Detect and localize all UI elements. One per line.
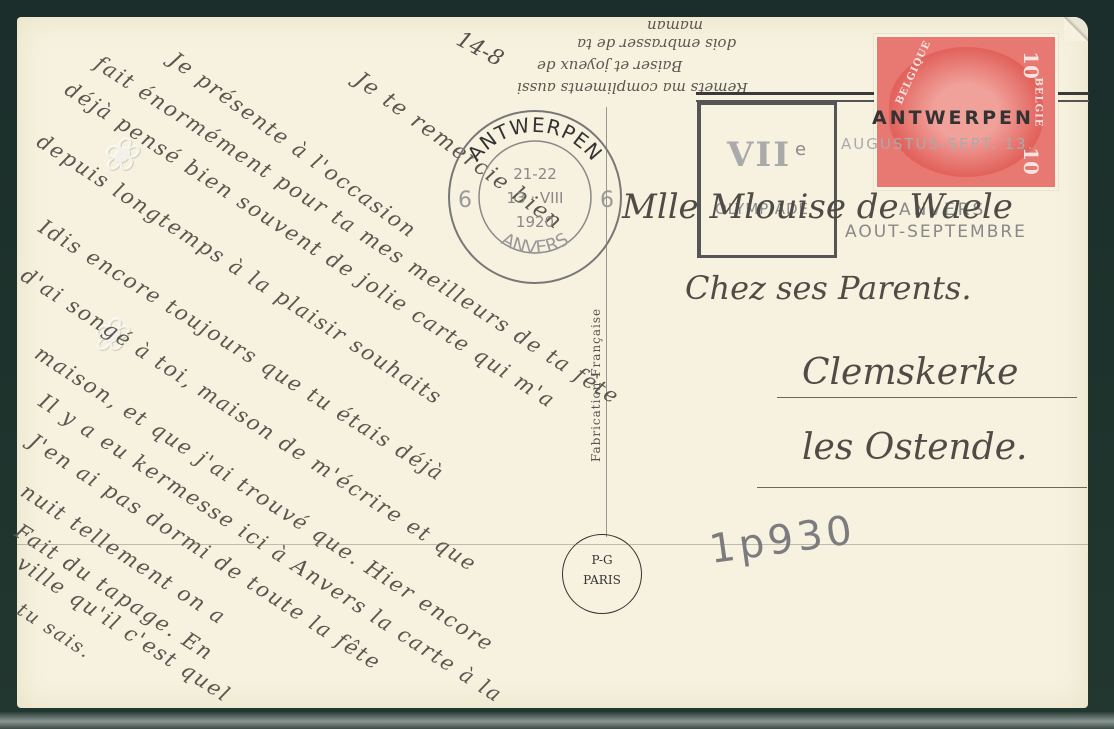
scanner-edge-strip: [0, 712, 1114, 729]
cancel-town: ANTWERPEN: [872, 107, 1034, 129]
pencil-note: 1p930: [707, 507, 859, 573]
circular-postmark: ANTWERPEN ANVERS 21-22 13 · VIII 1920 6 …: [435, 97, 635, 297]
olympiade-flag-box: VII e OLYMPIADE: [697, 102, 837, 258]
upside-down-note: dois embrasser de ta: [577, 35, 736, 53]
flag-suffix: e: [795, 139, 808, 160]
svg-text:ANVERS: ANVERS: [498, 229, 572, 259]
address-line2: Chez ses Parents.: [685, 269, 971, 307]
postmark-day: 13 · VIII: [507, 189, 564, 207]
svg-text:ANTWERPEN: ANTWERPEN: [462, 113, 607, 166]
postmark-town: ANTWERPEN: [462, 113, 607, 166]
upside-down-note: maman: [647, 17, 703, 35]
postcard: ❀ ❀ Je présente à l'occasion Je te remer…: [17, 17, 1088, 708]
publisher-mark-line2: PARIS: [563, 573, 641, 587]
postmark-town-fr: ANVERS: [498, 229, 572, 259]
message-date: 14-8: [452, 27, 507, 72]
postmark-hours: 21-22: [513, 165, 557, 183]
flag-roman-numeral: VII: [727, 135, 791, 175]
upside-down-note: Baiser et joyeux de: [537, 57, 682, 75]
stamp-country-alt: BELGIE: [1032, 78, 1043, 128]
publisher-mark: P-G PARIS: [562, 534, 642, 614]
address-underline: [777, 397, 1077, 398]
address-underline: [757, 487, 1087, 488]
address-recipient: Mlle Mlouise de Waele: [622, 187, 1013, 227]
stamp-value-top: 10: [1019, 51, 1043, 79]
publisher-mark-line1: P-G: [563, 553, 641, 567]
imprint-text: Fabrication Française: [589, 308, 603, 462]
address-city: les Ostende.: [802, 427, 1027, 468]
postmark-year: 1920: [516, 213, 554, 231]
cancel-dates-nl: AUGUSTUS-SEPT. 13.: [841, 135, 1034, 153]
address-town: Clemskerke: [802, 352, 1018, 393]
postmark-number-left: 6: [458, 188, 472, 213]
message-line: Je présente à l'occasion: [165, 47, 422, 243]
postmark-number-right: 6: [600, 188, 614, 213]
